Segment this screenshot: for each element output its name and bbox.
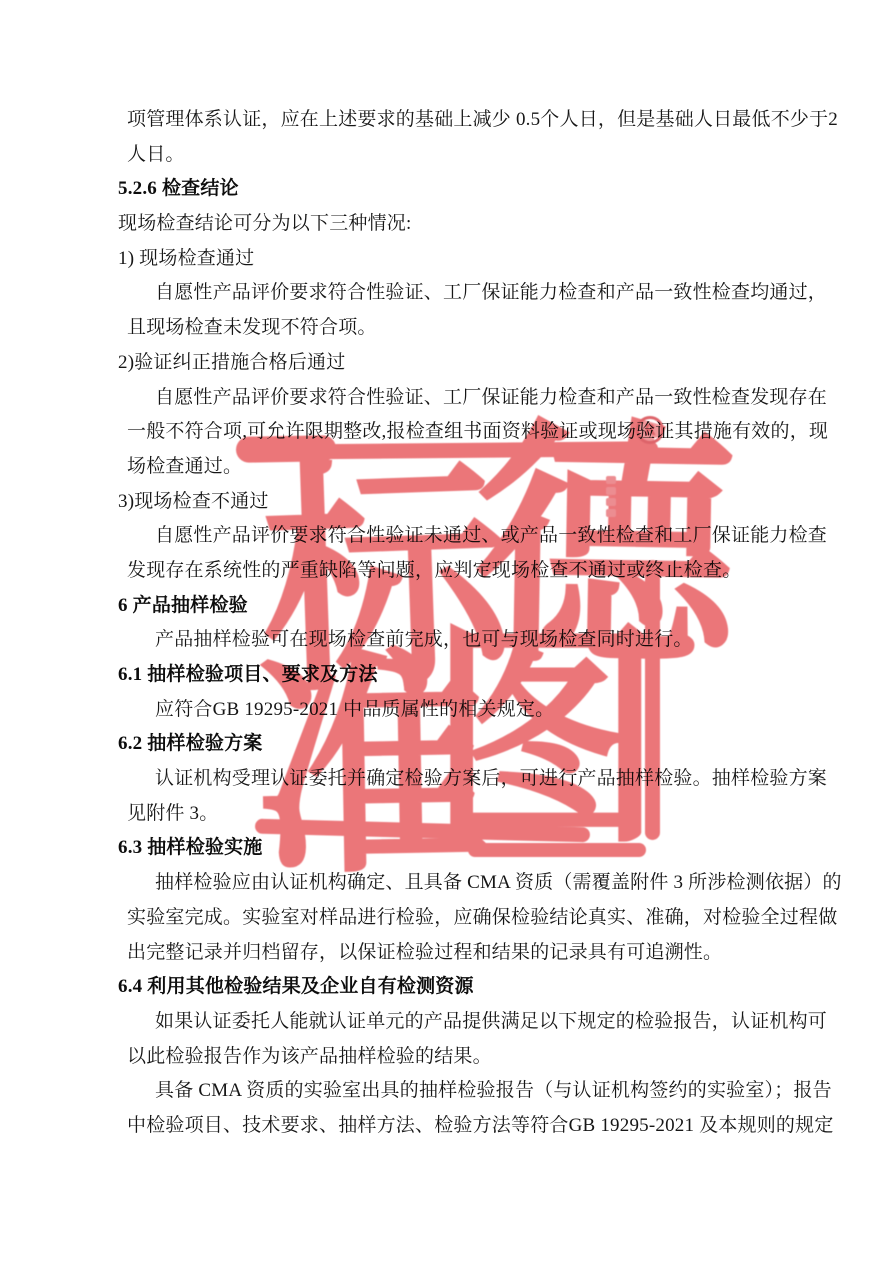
text-line: 见附件 3。 [127,797,788,832]
document-page: 项管理体系认证，应在上述要求的基础上减少 0.5个人日，但是基础人日最低不少于2… [0,0,893,1263]
text-line: 应符合GB 19295-2021 中品质属性的相关规定。 [155,693,788,728]
text-line: 实验室完成。实验室对样品进行检验，应确保检验结论真实、准确，对检验全过程做 [127,901,788,936]
text-line: 抽样检验应由认证机构确定、且具备 CMA 资质（需覆盖附件 3 所涉检测依据）的 [155,866,788,901]
text-line: 具备 CMA 资质的实验室出具的抽样检验报告（与认证机构签约的实验室）；报告 [155,1074,788,1109]
text-line: 自愿性产品评价要求符合性验证未通过、或产品一致性检查和工厂保证能力检查 [155,519,788,554]
text-line: 自愿性产品评价要求符合性验证、工厂保证能力检查和产品一致性检查均通过， [155,276,788,311]
section-heading: 5.2.6 检查结论 [118,172,788,207]
text-line: 且现场检查未发现不符合项。 [127,311,788,346]
text-line: 自愿性产品评价要求符合性验证、工厂保证能力检查和产品一致性检查发现存在 [155,381,788,416]
list-item: 2)验证纠正措施合格后通过 [118,346,788,381]
text-line: 人日。 [127,138,788,173]
section-heading: 6.1 抽样检验项目、要求及方法 [118,658,788,693]
list-item: 3)现场检查不通过 [118,485,788,520]
text-line: 中检验项目、技术要求、抽样方法、检验方法等符合GB 19295-2021 及本规… [127,1109,788,1144]
text-line: 一般不符合项,可允许限期整改,报检查组书面资料验证或现场验证其措施有效的，现 [127,415,788,450]
section-heading: 6.3 抽样检验实施 [118,831,788,866]
section-heading: 6.2 抽样检验方案 [118,727,788,762]
text-line: 现场检查结论可分为以下三种情况: [118,207,788,242]
text-line: 项管理体系认证，应在上述要求的基础上减少 0.5个人日，但是基础人日最低不少于2 [127,103,788,138]
text-line: 如果认证委托人能就认证单元的产品提供满足以下规定的检验报告，认证机构可 [155,1005,788,1040]
section-heading: 6.4 利用其他检验结果及企业自有检测资源 [118,970,788,1005]
text-line: 出完整记录并归档留存，以保证检验过程和结果的记录具有可追溯性。 [127,936,788,971]
text-line: 发现存在系统性的严重缺陷等问题，应判定现场检查不通过或终止检查。 [127,554,788,589]
document-body: 项管理体系认证，应在上述要求的基础上减少 0.5个人日，但是基础人日最低不少于2… [118,103,788,1144]
list-item: 1) 现场检查通过 [118,242,788,277]
text-line: 场检查通过。 [127,450,788,485]
text-line: 认证机构受理认证委托并确定检验方案后，可进行产品抽样检验。抽样检验方案 [155,762,788,797]
text-line: 以此检验报告作为该产品抽样检验的结果。 [127,1040,788,1075]
section-heading: 6 产品抽样检验 [118,589,788,624]
text-line: 产品抽样检验可在现场检查前完成，也可与现场检查同时进行。 [155,623,788,658]
